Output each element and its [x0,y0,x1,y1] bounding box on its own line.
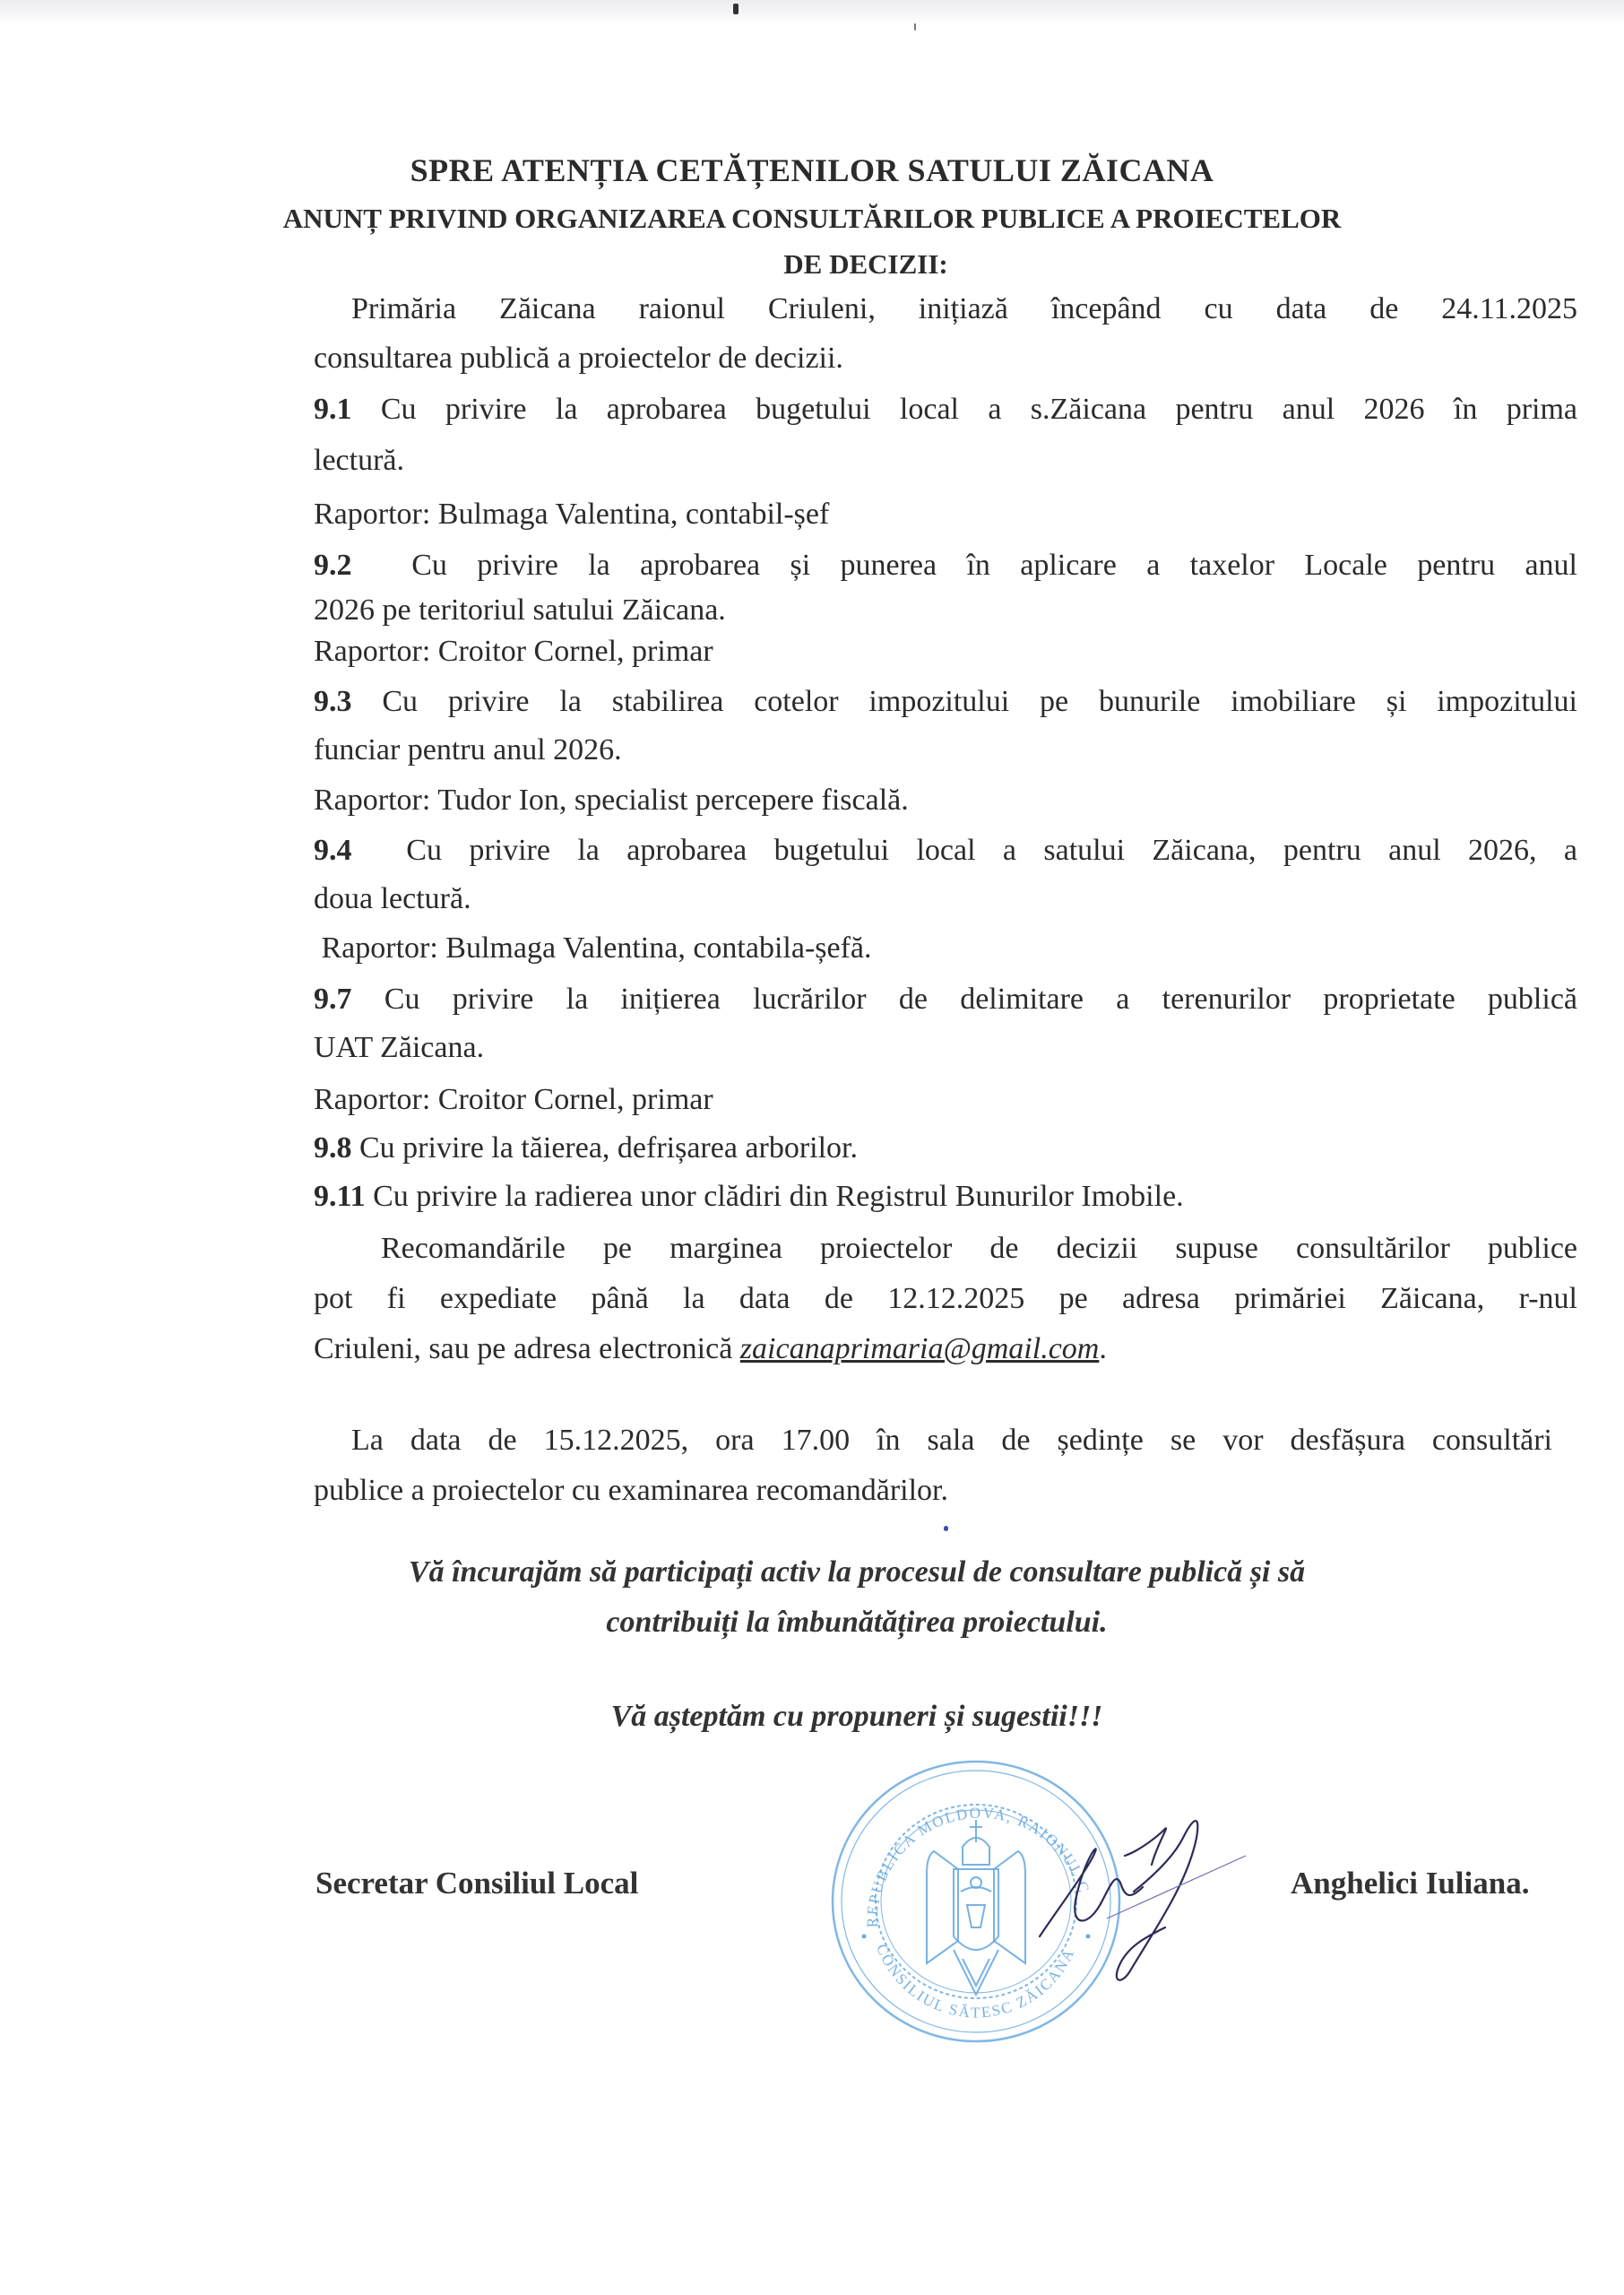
signature-role: Secretar Consiliul Local [315,1867,638,1899]
meeting-line-1: La data de 15.12.2025, ora 17.00 în sala… [351,1425,1552,1456]
item-9-3-line-1: 9.3 Cu privire la stabilirea cotelor imp… [314,687,1577,717]
recommendations-line-1: Recomandările pe marginea proiectelor de… [381,1234,1577,1264]
item-9-8-line-1: 9.8 Cu privire la tăierea, defrișarea ar… [314,1133,858,1164]
scan-speck [733,4,739,14]
item-9-7-line-2: UAT Zăicana. [314,1033,484,1063]
item-number: 9.11 [314,1180,366,1213]
scan-artifact-band [0,0,1624,25]
encouragement-line-3: Vă așteptăm cu propuneri și sugestii!!! [45,1702,1624,1732]
recommendations-line-3: Criuleni, sau pe adresa electronică zaic… [314,1334,1107,1364]
item-9-2-reporter: Raportor: Croitor Cornel, primar [314,637,713,667]
item-9-2-line-2: 2026 pe teritoriul satului Zăicana. [314,595,726,626]
email-link[interactable]: zaicanaprimaria@gmail.com [740,1332,1100,1365]
meeting-line-2: publice a proiectelor cu examinarea reco… [314,1476,948,1506]
item-number: 9.3 [314,685,352,718]
title-line-1: SPRE ATENȚIA CETĂȚENILOR SATULUI ZĂICANA [0,154,1624,186]
item-9-1-line-1: 9.1 Cu privire la aprobarea bugetului lo… [314,394,1577,425]
item-9-1-reporter: Raportor: Bulmaga Valentina, contabil-șe… [314,499,829,530]
item-9-4-reporter: Raportor: Bulmaga Valentina, contabila-ș… [314,933,872,964]
item-9-7-line-1: 9.7 Cu privire la inițierea lucrărilor d… [314,984,1577,1015]
item-9-3-reporter: Raportor: Tudor Ion, specialist perceper… [314,785,909,816]
encouragement-line-1: Vă încurajăm să participați activ la pro… [45,1557,1624,1588]
document-page: SPRE ATENȚIA CETĂȚENILOR SATULUI ZĂICANA… [0,0,1624,2295]
encouragement-line-2: contribuiți la îmbunătățirea proiectului… [45,1607,1624,1638]
item-number: 9.7 [314,983,352,1016]
handwritten-signature-icon [1022,1802,1255,1990]
item-number: 9.2 [314,549,352,582]
item-number: 9.1 [314,393,352,426]
scan-speck [914,23,916,30]
item-number: 9.4 [314,834,352,867]
item-9-2-line-1: 9.2 Cu privire la aprobarea și punerea î… [314,550,1577,581]
signature-name: Anghelici Iuliana. [1291,1867,1529,1899]
item-9-7-reporter: Raportor: Croitor Cornel, primar [314,1085,713,1115]
title-line-2: ANUNȚ PRIVIND ORGANIZAREA CONSULTĂRILOR … [0,204,1624,232]
intro-line-1: Primăria Zăicana raionul Criuleni, iniți… [351,294,1577,325]
item-9-4-line-2: doua lectură. [314,884,471,914]
recommendations-line-2: pot fi expediate până la data de 12.12.2… [314,1284,1577,1314]
title-line-3: DE DECIZII: [54,250,1624,278]
item-9-4-line-1: 9.4 Cu privire la aprobarea bugetului lo… [314,836,1577,866]
ink-dot [944,1526,948,1531]
item-number: 9.8 [314,1131,352,1165]
item-9-11-line-1: 9.11 Cu privire la radierea unor clădiri… [314,1182,1184,1212]
item-9-1-line-2: lectură. [314,446,404,476]
item-9-3-line-2: funciar pentru anul 2026. [314,735,622,766]
intro-line-2: consultarea publică a proiectelor de dec… [314,343,843,374]
